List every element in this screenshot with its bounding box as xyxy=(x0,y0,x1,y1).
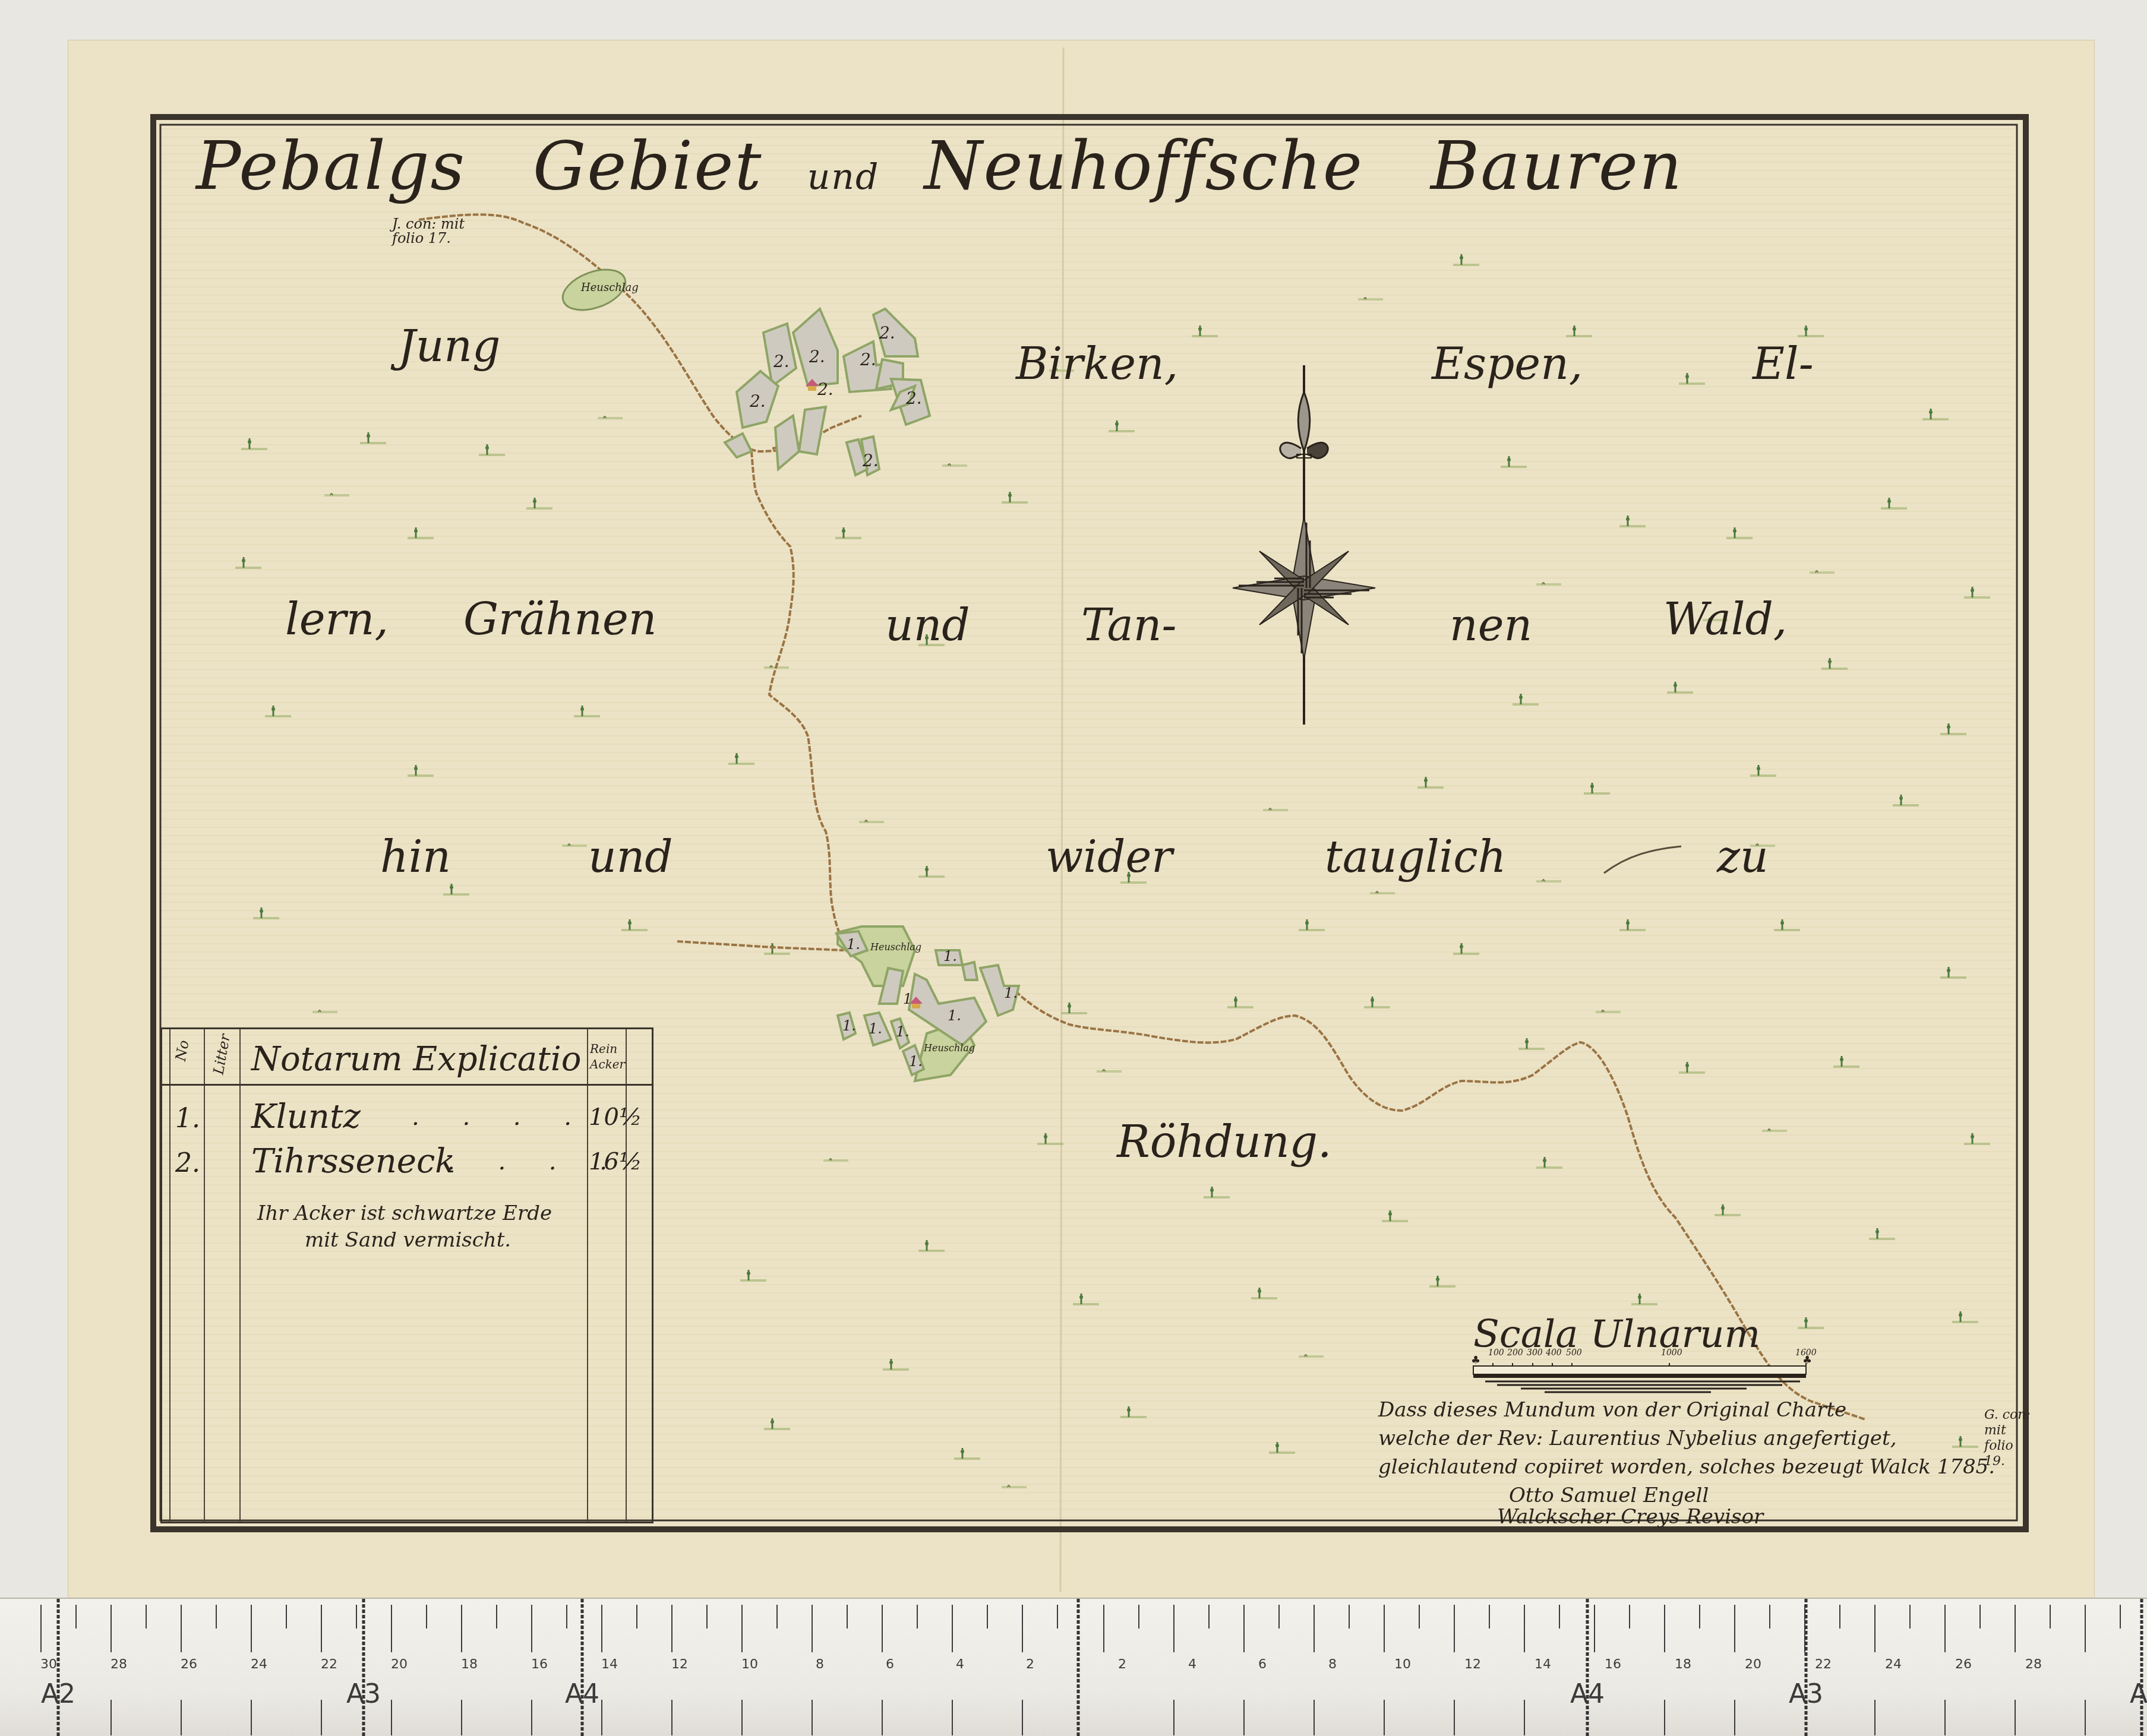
ruler-number: 22 xyxy=(1815,1657,1832,1672)
title-word-gebiet: Gebiet xyxy=(533,128,763,205)
svg-text:1.: 1. xyxy=(1004,985,1018,1001)
meadow-ellipse-label: Heuschlag xyxy=(580,282,639,294)
ruler-number: 8 xyxy=(816,1657,824,1672)
forest-word-tauglich: tauglich xyxy=(1325,831,1506,883)
svg-text:1.: 1. xyxy=(943,948,957,965)
ruler-number: 26 xyxy=(1955,1657,1972,1672)
ruler-number: 6 xyxy=(886,1657,894,1672)
svg-text:2.: 2. xyxy=(905,388,922,408)
legend-row-1-name: Kluntz xyxy=(251,1098,361,1136)
ruler-number: 20 xyxy=(391,1657,408,1672)
ruler-number: 30 xyxy=(40,1657,57,1672)
forest-word-tan: Tan- xyxy=(1081,600,1176,651)
forest-word-und-1: und xyxy=(885,600,970,651)
legend-row-1-no: 1. xyxy=(175,1103,200,1134)
ruler-paper-size-marker: A3 xyxy=(1789,1679,1823,1709)
ruler-number: 28 xyxy=(2025,1657,2042,1672)
ruler-number: 2 xyxy=(1118,1657,1126,1672)
scale-tick-200: 200 xyxy=(1507,1348,1523,1358)
ruler-number: 4 xyxy=(956,1657,964,1672)
svg-text:1.: 1. xyxy=(842,1017,856,1034)
legend-note-line-1: Ihr Acker ist schwartze Erde xyxy=(257,1201,552,1225)
ruler-number: 4 xyxy=(1188,1657,1196,1672)
ruler-number: 10 xyxy=(741,1657,758,1672)
svg-text:2.: 2. xyxy=(749,391,766,411)
svg-text:2.: 2. xyxy=(773,352,790,371)
svg-text:2.: 2. xyxy=(860,350,876,369)
ruler-paper-size-marker: A xyxy=(2130,1679,2147,1709)
forest-word-wider: wider xyxy=(1046,831,1173,883)
legend-header-divider xyxy=(162,1084,652,1086)
ruler-number: 24 xyxy=(1885,1657,1902,1672)
title-word-pebalgs: Pebalgs xyxy=(196,128,466,205)
svg-text:1.: 1. xyxy=(896,1023,910,1040)
certification-line-1: Dass dieses Mundum von der Original Char… xyxy=(1378,1396,1846,1424)
svg-text:1.: 1. xyxy=(869,1020,882,1037)
legend-row-2-area: 16½ xyxy=(589,1148,642,1175)
forest-word-el: El- xyxy=(1753,339,1814,390)
svg-text:1.: 1. xyxy=(847,936,860,953)
title-word-bauren: Bauren xyxy=(1431,128,1683,205)
ruler-number: 22 xyxy=(321,1657,337,1672)
ruler-paper-size-marker: A4 xyxy=(565,1679,599,1709)
map-title: Pebalgs Gebiet und Neuhoffsche Bauren xyxy=(196,128,1683,205)
svg-text:2.: 2. xyxy=(862,451,879,470)
legend-col-line xyxy=(169,1029,171,1522)
ruler-number: 8 xyxy=(1328,1657,1337,1672)
certification-line-2: welche der Rev: Laurentius Nybelius ange… xyxy=(1378,1424,1896,1453)
ruler-number: 10 xyxy=(1394,1657,1411,1672)
forest-word-nen: nen xyxy=(1450,600,1532,651)
scale-tick-300: 300 xyxy=(1527,1348,1543,1358)
legend-header-title: Notarum Explicatio xyxy=(251,1040,581,1079)
ruler-number: 18 xyxy=(1675,1657,1691,1672)
legend-table: No Litter Notarum Explicatio Rein Acker … xyxy=(160,1027,653,1523)
title-word-neuhoffsche: Neuhoffsche xyxy=(924,128,1364,205)
legend-header-litter: Litter xyxy=(210,1033,233,1076)
ruler-number: 26 xyxy=(181,1657,197,1672)
forest-word-zu: zu xyxy=(1717,831,1769,883)
svg-text:1.: 1. xyxy=(948,1007,961,1024)
scale-tick-1600: 1600 xyxy=(1795,1348,1817,1358)
forest-word-birken: Birken, xyxy=(1016,339,1178,390)
meadow-label-south-2: Heuschlag xyxy=(923,1042,975,1054)
ruler-number: 12 xyxy=(1464,1657,1481,1672)
signature-title: Walckscher Creys Revisor xyxy=(1497,1503,1763,1531)
legend-header-no: No xyxy=(172,1039,192,1063)
ruler-paper-size-marker: A3 xyxy=(346,1679,381,1709)
scale-tick-100: 100 xyxy=(1488,1348,1504,1358)
scale-tick-500: 500 xyxy=(1566,1348,1582,1358)
forest-word-lern: lern, xyxy=(285,594,389,645)
legend-header-area: Rein Acker xyxy=(590,1041,623,1072)
connection-note-top-left: J. con: mit folio 17. xyxy=(392,217,475,245)
svg-text:1.: 1. xyxy=(909,1053,923,1070)
ruler-number: 2 xyxy=(1026,1657,1034,1672)
ruler-number: 14 xyxy=(1535,1657,1551,1672)
clearing-label-rohdung: Röhdung. xyxy=(1117,1117,1332,1168)
forest-word-grahnen: Grähnen xyxy=(463,594,656,645)
ruler-number: 16 xyxy=(531,1657,548,1672)
ruler-number: 12 xyxy=(671,1657,688,1672)
legend-col-line xyxy=(239,1029,241,1522)
legend-row-2-name: Tihrsseneck xyxy=(251,1142,455,1181)
ruler-number: 28 xyxy=(110,1657,127,1672)
svg-text:2.: 2. xyxy=(817,380,833,399)
ruler-number: 16 xyxy=(1605,1657,1621,1672)
measuring-ruler: 30 28 26 24 22 20 18 16 14 12 10 8 6 4 2… xyxy=(0,1598,2147,1736)
ruler-number: 20 xyxy=(1745,1657,1761,1672)
ruler-number: 18 xyxy=(461,1657,478,1672)
legend-row-1-area: 10½ xyxy=(589,1103,642,1131)
legend-note-line-2: mit Sand vermischt. xyxy=(305,1228,511,1252)
forest-word-hin: hin xyxy=(380,831,451,883)
ruler-paper-size-marker: A4 xyxy=(1570,1679,1605,1709)
ruler-number: 6 xyxy=(1258,1657,1267,1672)
forest-word-und-2: und xyxy=(588,831,673,883)
scale-tick-400: 400 xyxy=(1546,1348,1562,1358)
meadow-label-south-1: Heuschlag xyxy=(870,941,921,953)
svg-text:2.: 2. xyxy=(879,323,895,343)
legend-row-1-dots: . . . . xyxy=(412,1103,589,1131)
title-word-und: und xyxy=(807,156,880,198)
ruler-number: 14 xyxy=(601,1657,618,1672)
legend-row-2-no: 2. xyxy=(175,1148,200,1178)
ruler-number: 24 xyxy=(251,1657,267,1672)
forest-word-wald: Wald, xyxy=(1663,594,1787,645)
forest-word-jung: Jung xyxy=(398,321,500,372)
certification-line-3: gleichlautend copiiret worden, solches b… xyxy=(1378,1453,1995,1481)
svg-text:2.: 2. xyxy=(809,347,825,366)
legend-col-line xyxy=(204,1029,205,1522)
scale-tick-1000: 1000 xyxy=(1661,1348,1682,1358)
forest-word-espen: Espen, xyxy=(1432,339,1583,390)
ruler-paper-size-marker: A2 xyxy=(41,1679,75,1709)
